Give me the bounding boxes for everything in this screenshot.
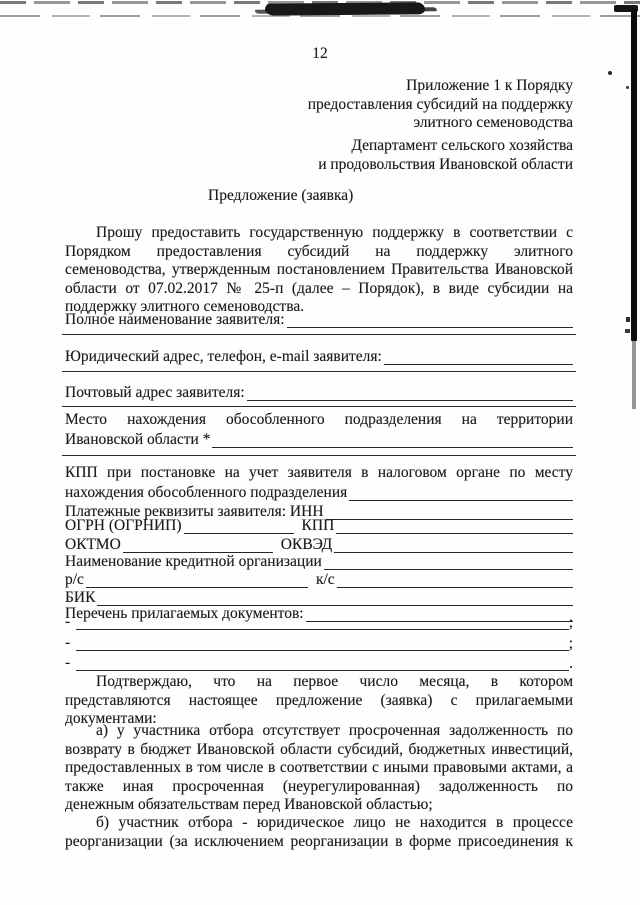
appendix-line: предоставления субсидий на поддержку (0, 96, 573, 115)
list-dash: - (65, 613, 70, 630)
appendix-heading: Приложение 1 к Порядку предоставления су… (0, 77, 573, 133)
field-row-postal-address: Почтовый адрес заявителя: (65, 384, 573, 401)
field-row-ogrn-kpp: ОГРН (ОГРНИП) КПП (65, 517, 573, 534)
field-row-bank-name: Наименование кредитной организации (65, 553, 573, 570)
field-label-full-name: Полное наименование заявителя: (65, 311, 285, 328)
field-label-branch-location-line1: Место нахождения обособленного подраздел… (65, 411, 573, 430)
document-title: Предложение (заявка) (208, 187, 353, 205)
list-terminator: . (569, 654, 573, 671)
paragraph-line: Порядком предоставления субсидий на подд… (65, 243, 573, 262)
list-dash: - (65, 634, 70, 651)
scan-artifact-speck (626, 86, 629, 89)
intro-paragraph: Прошу предоставить государственную подде… (65, 224, 573, 317)
document-list-item: - ; (65, 634, 573, 651)
blank-line (337, 571, 573, 588)
confirmation-paragraph: Подтверждаю, что на первое число месяца,… (65, 673, 573, 729)
scan-artifact-tick (625, 329, 630, 333)
paragraph-line: области от 07.02.2017 № 25-п (далее – По… (65, 280, 573, 299)
field-label-legal-address: Юридический адрес, телефон, e-mail заяви… (65, 348, 382, 365)
list-terminator: ; (569, 634, 573, 651)
blank-line (334, 536, 573, 553)
blank-line (384, 348, 573, 365)
scan-artifact-right-edge-bar-fade (632, 341, 636, 409)
blank-line (123, 536, 273, 553)
paragraph-line: б) участник отбора - юридическое лицо не… (65, 814, 573, 833)
recipient-heading: Департамент сельского хозяйства и продов… (0, 137, 573, 174)
scan-artifact-top-dashed-line-2 (0, 15, 640, 17)
field-row-branch-location: Ивановской области * (65, 431, 573, 448)
blank-line (349, 484, 573, 501)
paragraph-line: денежным обязательствам перед Ивановской… (65, 796, 573, 815)
field-label-okved: ОКВЭД (281, 536, 332, 553)
appendix-line: элитного семеноводства (0, 114, 573, 133)
blank-line (76, 613, 569, 630)
condition-item-a: а) у участника отбора отсутствует просро… (65, 722, 573, 815)
paragraph-line: представляются настоящее предложение (за… (65, 692, 573, 711)
paragraph-line: реорганизации (за исключением реорганиза… (65, 833, 573, 852)
document-list-item: - . (65, 654, 573, 671)
field-label-bik: БИК (65, 589, 95, 606)
blank-line (212, 431, 573, 448)
paragraph-line: семеноводства, утвержденным постановлени… (65, 261, 573, 280)
field-row-legal-address: Юридический адрес, телефон, e-mail заяви… (65, 348, 573, 365)
field-label-oktmo: ОКТМО (65, 536, 121, 553)
blank-line (336, 517, 573, 534)
field-row-oktmo-okved: ОКТМО ОКВЭД (65, 536, 573, 553)
paragraph-line: Прошу предоставить государственную подде… (65, 224, 573, 243)
scanned-document-page: 12 Приложение 1 к Порядку предоставления… (0, 0, 640, 905)
blank-line (86, 571, 308, 588)
blank-line (76, 654, 569, 671)
field-label-postal-address: Почтовый адрес заявителя: (65, 384, 245, 401)
list-dash: - (65, 654, 70, 671)
page-number: 12 (0, 45, 640, 63)
scan-artifact-speck (608, 71, 612, 75)
paragraph-line: Подтверждаю, что на первое число месяца,… (65, 673, 573, 692)
blank-line-full-width (62, 371, 576, 372)
field-label-kpp-registration-line1: КПП при постановке на учет заявителя в н… (65, 464, 573, 483)
condition-item-b: б) участник отбора - юридическое лицо не… (65, 814, 573, 851)
paragraph-line: также иная просроченная (неурегулированн… (65, 778, 573, 797)
field-label-branch-location-line2: Ивановской области * (65, 431, 210, 448)
blank-line-full-width (62, 406, 576, 407)
field-row-bik: БИК (65, 589, 573, 606)
field-label-kpp-registration-line2: нахождения обособленного подразделения (65, 484, 347, 501)
blank-line-full-width (62, 334, 576, 335)
field-row-accounts: р/с к/с (65, 571, 573, 588)
field-label-correspondent-account: к/с (316, 571, 335, 588)
scan-artifact-ink-blob (265, 2, 425, 15)
list-terminator: ; (569, 613, 573, 630)
paragraph-line: а) у участника отбора отсутствует просро… (65, 722, 573, 741)
blank-line (76, 634, 569, 651)
appendix-line: Приложение 1 к Порядку (0, 77, 573, 96)
field-row-kpp-registration: нахождения обособленного подразделения (65, 484, 573, 501)
blank-line (184, 517, 294, 534)
recipient-line: Департамент сельского хозяйства (0, 137, 573, 156)
field-row-full-name: Полное наименование заявителя: (65, 311, 573, 328)
field-label-kpp: КПП (302, 517, 335, 534)
field-label-settlement-account: р/с (65, 571, 84, 588)
blank-line-full-width (62, 455, 576, 456)
blank-line (324, 553, 573, 570)
recipient-line: и продовольствия Ивановской области (0, 156, 573, 175)
blank-line (247, 384, 573, 401)
paragraph-line: возврату в бюджет Ивановской области суб… (65, 741, 573, 760)
field-label-ogrn: ОГРН (ОГРНИП) (65, 517, 182, 534)
blank-line (97, 589, 573, 606)
field-label-bank-name: Наименование кредитной организации (65, 553, 322, 570)
blank-line (287, 311, 573, 328)
scan-artifact-tick (626, 317, 630, 322)
paragraph-line: предоставленных в том числе в соответств… (65, 759, 573, 778)
document-list-item: - ; (65, 613, 573, 630)
